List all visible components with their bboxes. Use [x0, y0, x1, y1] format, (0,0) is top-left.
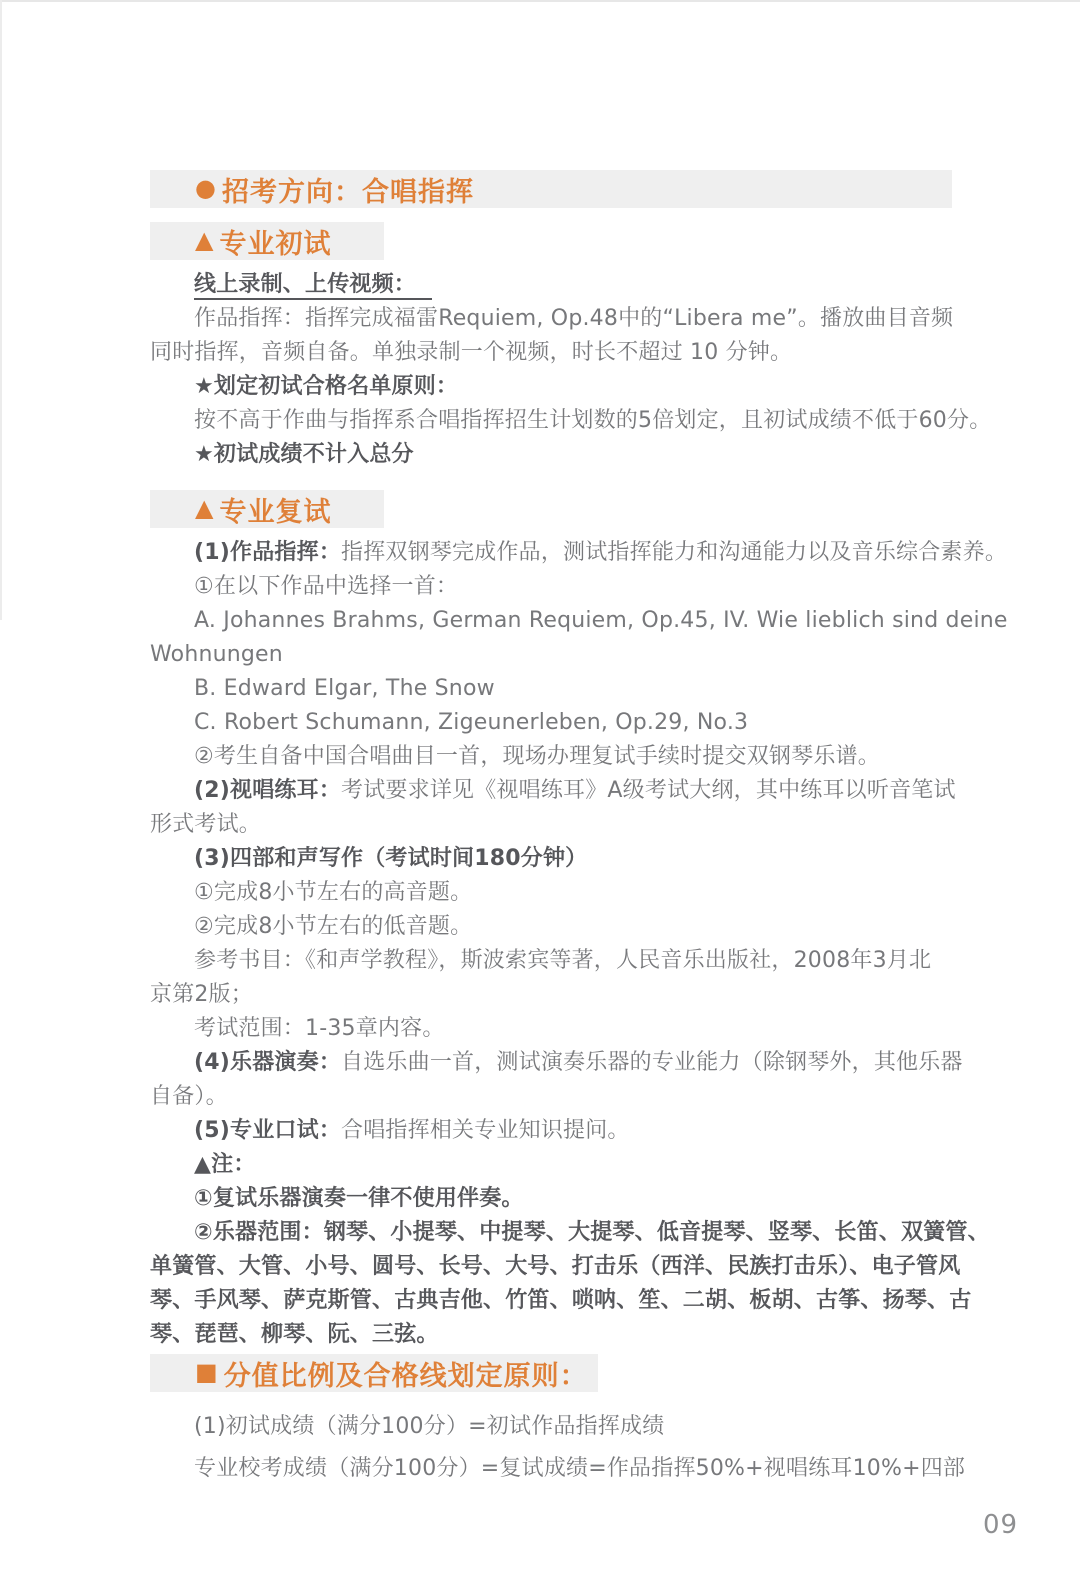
text-segment: (4)乐器演奏：	[194, 1050, 341, 1075]
text-line: 考试范围：1-35章内容。	[150, 1012, 956, 1046]
text-segment: A. Johannes Brahms, German Requiem, Op.4…	[194, 608, 1008, 633]
text-segment: 参考书目：《和声学教程》，斯波索宾等著，人民音乐出版社，2008年3月北	[194, 948, 931, 973]
text-segment: ②考生自备中国合唱曲目一首，现场办理复试手续时提交双钢琴乐谱。	[194, 744, 880, 769]
page-number: 09	[983, 1510, 1018, 1540]
text-line: ①在以下作品中选择一首：	[150, 570, 956, 604]
text-line: ①复试乐器演奏一律不使用伴奏。	[150, 1182, 956, 1216]
text-segment: ★初试成绩不计入总分	[194, 442, 414, 467]
text-segment: Wohnungen	[150, 642, 283, 667]
square-bullet-icon: ■	[195, 1360, 218, 1384]
text-line: 单簧管、大管、小号、圆号、长号、大号、打击乐（西洋、民族打击乐）、电子管风	[150, 1250, 956, 1284]
text-segment: 考试范围：1-35章内容。	[194, 1016, 445, 1041]
text-line: ▲注：	[150, 1148, 956, 1182]
text-segment: B. Edward Elgar, The Snow	[194, 676, 495, 701]
text-segment: (3)四部和声写作（考试时间180分钟）	[194, 846, 587, 871]
text-line: 琴、手风琴、萨克斯管、古典吉他、竹笛、唢呐、笙、二胡、板胡、古筝、扬琴、古	[150, 1284, 956, 1318]
text-line: 自备）。	[150, 1080, 956, 1114]
triangle-bullet-icon: ▲	[195, 228, 213, 252]
section-banner-label: 招考方向：合唱指挥	[222, 170, 474, 209]
text-segment: C. Robert Schumann, Zigeunerleben, Op.29…	[194, 710, 748, 735]
text-line: (5)专业口试：合唱指挥相关专业知识提问。	[150, 1114, 956, 1148]
text-line: A. Johannes Brahms, German Requiem, Op.4…	[150, 604, 956, 638]
section-banner-label: 专业复试	[219, 490, 331, 529]
section-banner-first-round: ▲专业初试	[150, 222, 384, 260]
text-segment: 专业校考成绩（满分100分）=复试成绩=作品指挥50%+视唱练耳10%+四部	[194, 1456, 965, 1481]
text-segment: 作品指挥：指挥完成福雷Requiem, Op.48中的“Libera me”。播…	[194, 306, 953, 331]
text-line: 专业校考成绩（满分100分）=复试成绩=作品指挥50%+视唱练耳10%+四部	[150, 1448, 956, 1490]
text-segment: (1)初试成绩（满分100分）=初试作品指挥成绩	[194, 1414, 664, 1439]
text-line: 作品指挥：指挥完成福雷Requiem, Op.48中的“Libera me”。播…	[150, 302, 956, 336]
text-line: ①完成8小节左右的高音题。	[150, 876, 956, 910]
text-segment: 自选乐曲一首，测试演奏乐器的专业能力（除钢琴外，其他乐器	[341, 1050, 963, 1075]
text-segment: ▲注：	[194, 1152, 256, 1177]
document-page: ●招考方向：合唱指挥▲专业初试线上录制、上传视频：作品指挥：指挥完成福雷Requ…	[0, 0, 1080, 1591]
text-line: (1)初试成绩（满分100分）=初试作品指挥成绩	[150, 1406, 956, 1448]
text-segment: 按不高于作曲与指挥系合唱指挥招生计划数的5倍划定，且初试成绩不低于60分。	[194, 408, 991, 433]
circle-bullet-icon: ●	[195, 176, 216, 200]
text-line: C. Robert Schumann, Zigeunerleben, Op.29…	[150, 706, 956, 740]
text-line: B. Edward Elgar, The Snow	[150, 672, 956, 706]
text-segment: (1)作品指挥：	[194, 540, 341, 565]
text-segment: ②乐器范围：钢琴、小提琴、中提琴、大提琴、低音提琴、竖琴、长笛、双簧管、	[194, 1220, 990, 1245]
text-segment: 自备）。	[150, 1084, 228, 1109]
text-line: (4)乐器演奏：自选乐曲一首，测试演奏乐器的专业能力（除钢琴外，其他乐器	[150, 1046, 956, 1080]
section-banner-second-round: ▲专业复试	[150, 490, 384, 528]
text-line: 京第2版；	[150, 978, 956, 1012]
text-line: 琴、琵琶、柳琴、阮、三弦。	[150, 1318, 956, 1352]
text-segment: 合唱指挥相关专业知识提问。	[341, 1118, 630, 1143]
section-banner-scoring: ■分值比例及合格线划定原则：	[150, 1354, 598, 1392]
text-line: (1)作品指挥：指挥双钢琴完成作品，测试指挥能力和沟通能力以及音乐综合素养。	[150, 536, 956, 570]
text-line: (3)四部和声写作（考试时间180分钟）	[150, 842, 956, 876]
text-line: 按不高于作曲与指挥系合唱指挥招生计划数的5倍划定，且初试成绩不低于60分。	[150, 404, 956, 438]
section-banner-label: 分值比例及合格线划定原则：	[224, 1354, 588, 1393]
section-banner-label: 专业初试	[219, 222, 331, 261]
text-line: ②考生自备中国合唱曲目一首，现场办理复试手续时提交双钢琴乐谱。	[150, 740, 956, 774]
text-line: Wohnungen	[150, 638, 956, 672]
text-segment: 指挥双钢琴完成作品，测试指挥能力和沟通能力以及音乐综合素养。	[341, 540, 1007, 565]
text-line: ★划定初试合格名单原则：	[150, 370, 956, 404]
text-line: 形式考试。	[150, 808, 956, 842]
text-segment: (2)视唱练耳：	[194, 778, 341, 803]
text-segment: ②完成8小节左右的低音题。	[194, 914, 472, 939]
text-line: 参考书目：《和声学教程》，斯波索宾等著，人民音乐出版社，2008年3月北	[150, 944, 956, 978]
text-segment: 形式考试。	[150, 812, 261, 837]
text-segment: 琴、手风琴、萨克斯管、古典吉他、竹笛、唢呐、笙、二胡、板胡、古筝、扬琴、古	[150, 1288, 971, 1313]
text-segment: ①复试乐器演奏一律不使用伴奏。	[194, 1186, 524, 1211]
triangle-bullet-icon: ▲	[195, 496, 213, 520]
section-banner-direction: ●招考方向：合唱指挥	[150, 170, 952, 208]
text-line: 线上录制、上传视频：	[150, 268, 956, 302]
text-segment: ①完成8小节左右的高音题。	[194, 880, 472, 905]
page-left-edge	[0, 0, 2, 620]
text-segment: (5)专业口试：	[194, 1118, 341, 1143]
text-segment: ①在以下作品中选择一首：	[194, 574, 458, 599]
text-segment: 考试要求详见《视唱练耳》A级考试大纲，其中练耳以听音笔试	[341, 778, 956, 803]
content-flow: ●招考方向：合唱指挥▲专业初试线上录制、上传视频：作品指挥：指挥完成福雷Requ…	[150, 170, 956, 1490]
text-line: (2)视唱练耳：考试要求详见《视唱练耳》A级考试大纲，其中练耳以听音笔试	[150, 774, 956, 808]
page-top-edge	[0, 0, 1080, 2]
text-segment: 线上录制、上传视频：	[194, 272, 432, 300]
text-line: ②乐器范围：钢琴、小提琴、中提琴、大提琴、低音提琴、竖琴、长笛、双簧管、	[150, 1216, 956, 1250]
text-line: ②完成8小节左右的低音题。	[150, 910, 956, 944]
text-segment: 琴、琵琶、柳琴、阮、三弦。	[150, 1322, 439, 1347]
text-segment: 单簧管、大管、小号、圆号、长号、大号、打击乐（西洋、民族打击乐）、电子管风	[150, 1254, 960, 1279]
text-line: 同时指挥，音频自备。单独录制一个视频，时长不超过 10 分钟。	[150, 336, 956, 370]
text-segment: 同时指挥，音频自备。单独录制一个视频，时长不超过 10 分钟。	[150, 340, 792, 365]
text-segment: ★划定初试合格名单原则：	[194, 374, 458, 399]
text-line: ★初试成绩不计入总分	[150, 438, 956, 472]
text-segment: 京第2版；	[150, 982, 253, 1007]
